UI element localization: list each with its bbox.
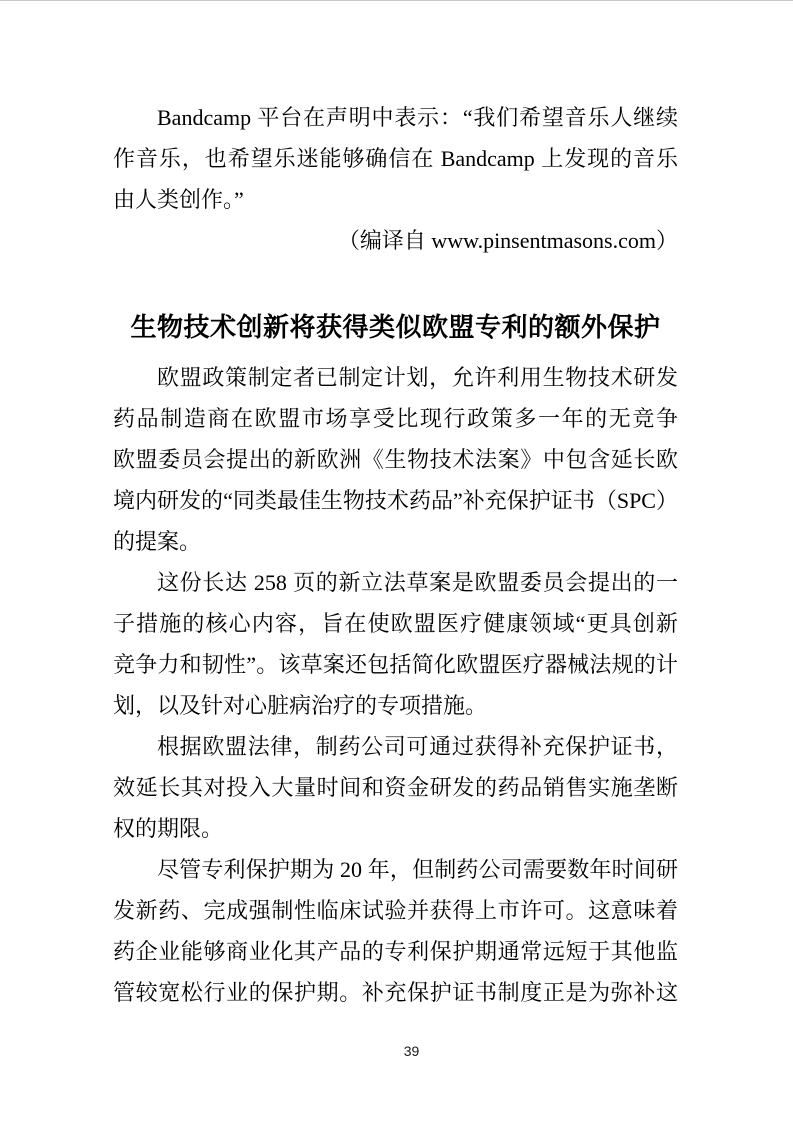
text-line: 由人类创作。” [113, 179, 678, 220]
text-line: 的提案。 [113, 521, 678, 562]
page-number: 39 [0, 1043, 793, 1059]
attribution-line: （编译自 www.pinsentmasons.com） [113, 220, 678, 261]
text-line: 欧盟委员会提出的新欧洲《生物技术法案》中包含延长欧盟 [113, 439, 678, 480]
document-page: Bandcamp 平台在声明中表示：“我们希望音乐人继续创作音乐，也希望乐迷能够… [0, 0, 793, 1122]
text-line: 境内研发的“同类最佳生物技术药品”补充保护证书（SPC） [113, 480, 678, 521]
text-line: 发新药、完成强制性临床试验并获得上市许可。这意味着制 [113, 890, 678, 931]
text-line: Bandcamp 平台在声明中表示：“我们希望音乐人继续创 [113, 97, 678, 138]
text-line: 竞争力和韧性”。该草案还包括简化欧盟医疗器械法规的计 [113, 644, 678, 685]
paragraph: 这份长达 258 页的新立法草案是欧盟委员会提出的一揽子措施的核心内容，旨在使欧… [113, 562, 678, 726]
text-line: 这份长达 258 页的新立法草案是欧盟委员会提出的一揽 [113, 562, 678, 603]
article-heading: 生物技术创新将获得类似欧盟专利的额外保护 [113, 305, 678, 349]
text-line: 药品制造商在欧盟市场享受比现行政策多一年的无竞争期。 [113, 398, 678, 439]
text-line: 尽管专利保护期为 20 年，但制药公司需要数年时间研 [113, 849, 678, 890]
text-line: 作音乐，也希望乐迷能够确信在 Bandcamp 上发现的音乐均 [113, 138, 678, 179]
text-line: 药企业能够商业化其产品的专利保护期通常远短于其他监 [113, 931, 678, 972]
paragraph: 根据欧盟法律，制药公司可通过获得补充保护证书，有效延长其对投入大量时间和资金研发… [113, 726, 678, 849]
text-line: 效延长其对投入大量时间和资金研发的药品销售实施垄断 [113, 767, 678, 808]
text-line: 子措施的核心内容，旨在使欧盟医疗健康领域“更具创新性、 [113, 603, 678, 644]
intro-paragraph: Bandcamp 平台在声明中表示：“我们希望音乐人继续创作音乐，也希望乐迷能够… [113, 97, 678, 220]
article-body: 欧盟政策制定者已制定计划，允许利用生物技术研发的药品制造商在欧盟市场享受比现行政… [113, 357, 678, 1013]
page-content: Bandcamp 平台在声明中表示：“我们希望音乐人继续创作音乐，也希望乐迷能够… [113, 97, 678, 1013]
paragraph: 欧盟政策制定者已制定计划，允许利用生物技术研发的药品制造商在欧盟市场享受比现行政… [113, 357, 678, 562]
text-line: 欧盟政策制定者已制定计划，允许利用生物技术研发的 [113, 357, 678, 398]
text-line: 管较宽松行业的保护期。补充保护证书制度正是为弥补这一 [113, 972, 678, 1013]
text-line: 根据欧盟法律，制药公司可通过获得补充保护证书，有 [113, 726, 678, 767]
text-line: 划，以及针对心脏病治疗的专项措施。 [113, 685, 678, 726]
text-line: 权的期限。 [113, 808, 678, 849]
paragraph: 尽管专利保护期为 20 年，但制药公司需要数年时间研发新药、完成强制性临床试验并… [113, 849, 678, 1013]
